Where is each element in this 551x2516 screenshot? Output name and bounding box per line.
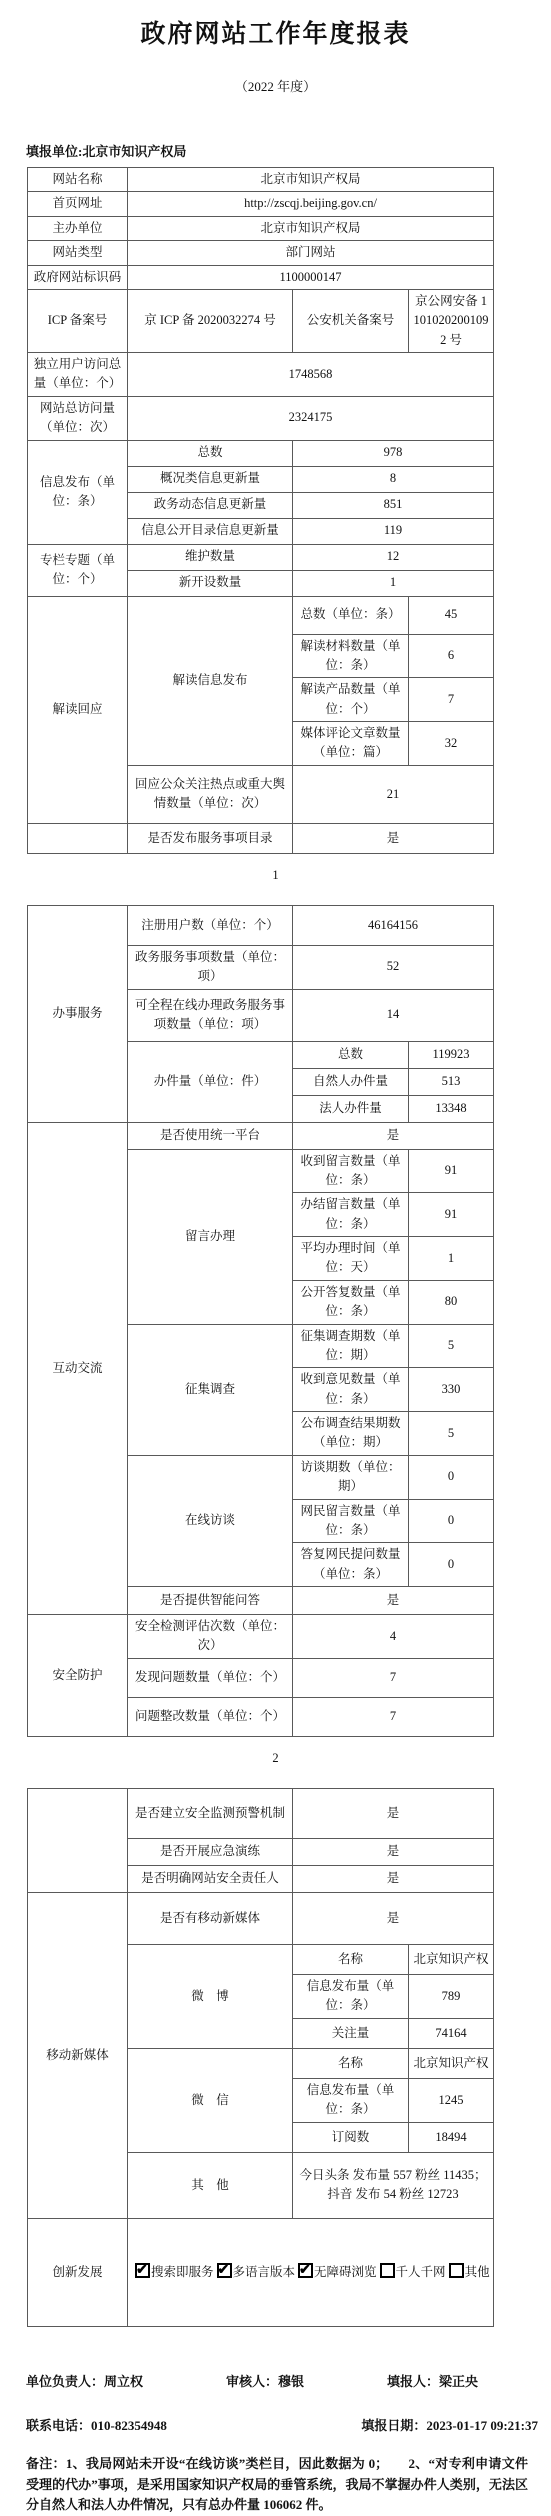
value-cell: 330 bbox=[409, 1368, 494, 1412]
row-label-cell: 办事服务 bbox=[28, 905, 128, 1122]
unit-head-label: 单位负责人：周立权 bbox=[26, 2371, 143, 2390]
checkbox-label-search-as-service: 搜索即服务 bbox=[151, 2265, 214, 2279]
value-cell: 北京知识产权 bbox=[409, 2048, 494, 2078]
report-page: 政府网站工作年度报表 （2022 年度） 填报单位:北京市知识产权局 网站名称北… bbox=[0, 0, 551, 2516]
value-cell: 8 bbox=[293, 466, 494, 492]
value-cell: 7 bbox=[409, 678, 494, 722]
row-label-cell: 网站总访问量（单位：次） bbox=[28, 396, 128, 440]
row-label-cell: 新开设数量 bbox=[128, 570, 293, 596]
value-cell: 80 bbox=[409, 1280, 494, 1324]
row-label-cell: 网民留言数量（单位：条） bbox=[293, 1499, 409, 1543]
empty-cell bbox=[28, 823, 128, 853]
value-cell: 45 bbox=[409, 596, 494, 634]
value-cell: 13348 bbox=[409, 1095, 494, 1122]
value-cell: 7 bbox=[293, 1697, 494, 1736]
row-label-cell: 维护数量 bbox=[128, 544, 293, 570]
value-cell: 0 bbox=[409, 1543, 494, 1587]
service-interaction-table: 办事服务注册用户数（单位：个）46164156政务服务事项数量（单位：项）52可… bbox=[27, 905, 494, 1737]
row-label-cell: 是否开展应急演练 bbox=[128, 1838, 293, 1865]
value-cell: 是 bbox=[293, 1892, 494, 1944]
value-cell: 74164 bbox=[409, 2018, 494, 2048]
row-label-cell: 政府网站标识码 bbox=[28, 265, 128, 289]
value-cell: 513 bbox=[409, 1068, 494, 1095]
value-cell: 14 bbox=[293, 989, 494, 1041]
table-row: 创新发展搜索即服务多语言版本无障碍浏览千人千网其他 bbox=[28, 2218, 494, 2326]
checkbox-accessibility-browse[interactable] bbox=[298, 2263, 313, 2278]
row-label-cell: 留言办理 bbox=[128, 1149, 293, 1324]
value-cell: 52 bbox=[293, 945, 494, 989]
row-label-cell: 可全程在线办理政务服务事项数量（单位：项） bbox=[128, 989, 293, 1041]
checkbox-personalized-site[interactable] bbox=[380, 2263, 395, 2278]
row-label-cell: 名称 bbox=[293, 1944, 409, 1974]
value-cell: 0 bbox=[409, 1499, 494, 1543]
row-label-cell: 微 博 bbox=[128, 1944, 293, 2048]
row-label-cell: 微 信 bbox=[128, 2048, 293, 2152]
value-cell: 6 bbox=[409, 634, 494, 678]
contact-phone-label: 联系电话：010-82354948 bbox=[26, 2415, 167, 2434]
value-cell: 京公网安备 11010202001092 号 bbox=[409, 289, 494, 352]
row-label-cell: 专栏专题（单位：个） bbox=[28, 544, 128, 596]
value-cell: 0 bbox=[409, 1455, 494, 1499]
remark-note: 备注：1、我局网站未开设“在线访谈”类栏目，因此数据为 0； 2、“对专利申请文… bbox=[26, 2454, 528, 2516]
value-cell: 5 bbox=[409, 1412, 494, 1456]
page-number-1: 1 bbox=[0, 868, 551, 883]
checkbox-search-as-service[interactable] bbox=[135, 2263, 150, 2278]
value-cell: 851 bbox=[293, 492, 494, 518]
value-cell: 32 bbox=[409, 722, 494, 766]
row-label-cell: 自然人办件量 bbox=[293, 1068, 409, 1095]
value-cell: 7 bbox=[293, 1658, 494, 1697]
filler-label: 填报人：梁正央 bbox=[387, 2371, 478, 2390]
row-label-cell: 是否使用统一平台 bbox=[128, 1122, 293, 1149]
row-label-cell: 信息发布量（单位：条） bbox=[293, 2078, 409, 2122]
row-label-cell: 公安机关备案号 bbox=[293, 289, 409, 352]
basic-info-table: 网站名称北京市知识产权局首页网址http://zscqj.beijing.gov… bbox=[27, 167, 494, 854]
row-label-cell: 回应公众关注热点或重大舆情数量（单位：次） bbox=[128, 765, 293, 823]
table-row: 办事服务注册用户数（单位：个）46164156 bbox=[28, 905, 494, 945]
row-label-cell: 政务动态信息更新量 bbox=[128, 492, 293, 518]
table-row: 解读回应解读信息发布总数（单位：条）45 bbox=[28, 596, 494, 634]
value-cell: 1245 bbox=[409, 2078, 494, 2122]
value-cell: 北京市知识产权局 bbox=[128, 168, 494, 192]
row-label-cell: 征集调查 bbox=[128, 1324, 293, 1455]
value-cell: 12 bbox=[293, 544, 494, 570]
checkbox-label-multi-language: 多语言版本 bbox=[233, 2265, 296, 2279]
checkbox-label-accessibility-browse: 无障碍浏览 bbox=[314, 2265, 377, 2279]
row-label-cell: 是否提供智能问答 bbox=[128, 1587, 293, 1615]
row-label-cell: 是否发布服务事项目录 bbox=[128, 823, 293, 853]
table-row: 政府网站标识码1100000147 bbox=[28, 265, 494, 289]
checkbox-label-personalized-site: 千人千网 bbox=[396, 2265, 446, 2279]
row-label-cell: 订阅数 bbox=[293, 2122, 409, 2152]
value-cell: 978 bbox=[293, 440, 494, 466]
value-cell: 789 bbox=[409, 1974, 494, 2018]
value-cell: 是 bbox=[293, 1838, 494, 1865]
table-row: 专栏专题（单位：个）维护数量12 bbox=[28, 544, 494, 570]
row-label-cell: 网站类型 bbox=[28, 241, 128, 265]
footer-contact-row: 联系电话：010-82354948 填报日期：2023-01-17 09:21:… bbox=[26, 2415, 538, 2434]
value-cell: 5 bbox=[409, 1324, 494, 1368]
row-label-cell: 安全检测评估次数（单位：次） bbox=[128, 1615, 293, 1659]
table-row: 网站名称北京市知识产权局 bbox=[28, 168, 494, 192]
value-cell: 1100000147 bbox=[128, 265, 494, 289]
value-cell: 46164156 bbox=[293, 905, 494, 945]
value-cell: 91 bbox=[409, 1193, 494, 1237]
value-cell: 是 bbox=[293, 1587, 494, 1615]
value-cell: 1 bbox=[293, 570, 494, 596]
checkbox-multi-language[interactable] bbox=[217, 2263, 232, 2278]
value-cell: 今日头条 发布量 557 粉丝 11435；抖音 发布 54 粉丝 12723 bbox=[293, 2152, 494, 2218]
table-row: 网站类型部门网站 bbox=[28, 241, 494, 265]
row-label-cell: 公布调查结果期数（单位：期） bbox=[293, 1412, 409, 1456]
row-label-cell: 征集调查期数（单位：期） bbox=[293, 1324, 409, 1368]
footer-signatures-row: 单位负责人：周立权 审核人：穆银 填报人：梁正央 bbox=[26, 2371, 478, 2390]
row-label-cell: 注册用户数（单位：个） bbox=[128, 905, 293, 945]
row-label-cell: 名称 bbox=[293, 2048, 409, 2078]
row-label-cell: 在线访谈 bbox=[128, 1455, 293, 1586]
row-label-cell: 是否明确网站安全责任人 bbox=[128, 1865, 293, 1892]
row-label-cell: 发现问题数量（单位：个） bbox=[128, 1658, 293, 1697]
row-label-cell: 收到意见数量（单位：条） bbox=[293, 1368, 409, 1412]
page-number-2: 2 bbox=[0, 1751, 551, 1766]
value-cell: 1 bbox=[409, 1237, 494, 1281]
value-cell: 4 bbox=[293, 1615, 494, 1659]
value-cell: 119 bbox=[293, 518, 494, 544]
row-label-cell: ICP 备案号 bbox=[28, 289, 128, 352]
page-title: 政府网站工作年度报表 bbox=[0, 0, 551, 50]
row-label-cell: 法人办件量 bbox=[293, 1095, 409, 1122]
value-cell: 京 ICP 备 2020032274 号 bbox=[128, 289, 293, 352]
value-cell: 是 bbox=[293, 823, 494, 853]
value-cell: 是 bbox=[293, 1865, 494, 1892]
table-row: 信息发布（单位：条）总数978 bbox=[28, 440, 494, 466]
value-cell: 21 bbox=[293, 765, 494, 823]
row-label-cell: 访谈期数（单位：期） bbox=[293, 1455, 409, 1499]
innovation-options-line: 搜索即服务多语言版本无障碍浏览千人千网其他 bbox=[132, 2265, 490, 2279]
row-label-cell: 信息公开目录信息更新量 bbox=[128, 518, 293, 544]
value-cell: 部门网站 bbox=[128, 241, 494, 265]
row-label-cell: 关注量 bbox=[293, 2018, 409, 2048]
row-label-cell: 总数 bbox=[293, 1041, 409, 1068]
row-label-cell: 解读产品数量（单位：个） bbox=[293, 678, 409, 722]
row-label-cell: 解读回应 bbox=[28, 596, 128, 823]
value-cell: 北京知识产权 bbox=[409, 1944, 494, 1974]
checkbox-other[interactable] bbox=[449, 2263, 464, 2278]
row-label-cell: 其 他 bbox=[128, 2152, 293, 2218]
checkbox-label-other: 其他 bbox=[465, 2265, 490, 2279]
report-date-label: 填报日期：2023-01-17 09:21:37 bbox=[361, 2415, 538, 2434]
row-label-cell: 公开答复数量（单位：条） bbox=[293, 1280, 409, 1324]
row-label-cell: 移动新媒体 bbox=[28, 1892, 128, 2218]
row-label-cell: 安全防护 bbox=[28, 1615, 128, 1737]
value-cell: 91 bbox=[409, 1149, 494, 1193]
page-subtitle: （2022 年度） bbox=[0, 76, 551, 95]
table-row: 首页网址http://zscqj.beijing.gov.cn/ bbox=[28, 192, 494, 216]
row-label-cell: 信息发布量（单位：条） bbox=[293, 1974, 409, 2018]
row-label-cell: 平均办理时间（单位：天） bbox=[293, 1237, 409, 1281]
table-row: ICP 备案号京 ICP 备 2020032274 号公安机关备案号京公网安备 … bbox=[28, 289, 494, 352]
value-cell: 1748568 bbox=[128, 353, 494, 397]
empty-cell bbox=[28, 1788, 128, 1892]
table-row: 互动交流是否使用统一平台是 bbox=[28, 1122, 494, 1149]
value-cell: 是 bbox=[293, 1788, 494, 1838]
value-cell: 18494 bbox=[409, 2122, 494, 2152]
row-label-cell: 总数（单位：条） bbox=[293, 596, 409, 634]
row-label-cell: 网站名称 bbox=[28, 168, 128, 192]
row-label-cell: 是否建立安全监测预警机制 bbox=[128, 1788, 293, 1838]
value-cell: 2324175 bbox=[128, 396, 494, 440]
row-label-cell: 问题整改数量（单位：个） bbox=[128, 1697, 293, 1736]
value-cell: 北京市知识产权局 bbox=[128, 216, 494, 240]
row-label-cell: 首页网址 bbox=[28, 192, 128, 216]
row-label-cell: 信息发布（单位：条） bbox=[28, 440, 128, 544]
table-row: 独立用户访问总量（单位：个）1748568 bbox=[28, 353, 494, 397]
footer: 单位负责人：周立权 审核人：穆银 填报人：梁正央 联系电话：010-823549… bbox=[26, 2371, 525, 2434]
value-cell: http://zscqj.beijing.gov.cn/ bbox=[128, 192, 494, 216]
row-label-cell: 办件量（单位：件） bbox=[128, 1041, 293, 1122]
table-row: 主办单位北京市知识产权局 bbox=[28, 216, 494, 240]
table-row: 移动新媒体是否有移动新媒体是 bbox=[28, 1892, 494, 1944]
report-unit-line: 填报单位:北京市知识产权局 bbox=[26, 141, 551, 160]
table-row: 网站总访问量（单位：次）2324175 bbox=[28, 396, 494, 440]
row-label-cell: 是否有移动新媒体 bbox=[128, 1892, 293, 1944]
row-label-cell: 创新发展 bbox=[28, 2218, 128, 2326]
innovation-options-cell: 搜索即服务多语言版本无障碍浏览千人千网其他 bbox=[128, 2218, 494, 2326]
row-label-cell: 收到留言数量（单位：条） bbox=[293, 1149, 409, 1193]
row-label-cell: 主办单位 bbox=[28, 216, 128, 240]
auditor-label: 审核人：穆银 bbox=[226, 2371, 304, 2390]
table-row: 是否发布服务事项目录是 bbox=[28, 823, 494, 853]
row-label-cell: 答复网民提问数量（单位：条） bbox=[293, 1543, 409, 1587]
row-label-cell: 互动交流 bbox=[28, 1122, 128, 1615]
table-row: 安全防护安全检测评估次数（单位：次）4 bbox=[28, 1615, 494, 1659]
row-label-cell: 总数 bbox=[128, 440, 293, 466]
row-label-cell: 办结留言数量（单位：条） bbox=[293, 1193, 409, 1237]
row-label-cell: 媒体评论文章数量（单位：篇） bbox=[293, 722, 409, 766]
table-row: 是否建立安全监测预警机制是 bbox=[28, 1788, 494, 1838]
security-newmedia-table: 是否建立安全监测预警机制是是否开展应急演练是是否明确网站安全责任人是移动新媒体是… bbox=[27, 1788, 494, 2327]
row-label-cell: 解读材料数量（单位：条） bbox=[293, 634, 409, 678]
row-label-cell: 独立用户访问总量（单位：个） bbox=[28, 353, 128, 397]
value-cell: 是 bbox=[293, 1122, 494, 1149]
value-cell: 119923 bbox=[409, 1041, 494, 1068]
row-label-cell: 政务服务事项数量（单位：项） bbox=[128, 945, 293, 989]
row-label-cell: 解读信息发布 bbox=[128, 596, 293, 765]
row-label-cell: 概况类信息更新量 bbox=[128, 466, 293, 492]
